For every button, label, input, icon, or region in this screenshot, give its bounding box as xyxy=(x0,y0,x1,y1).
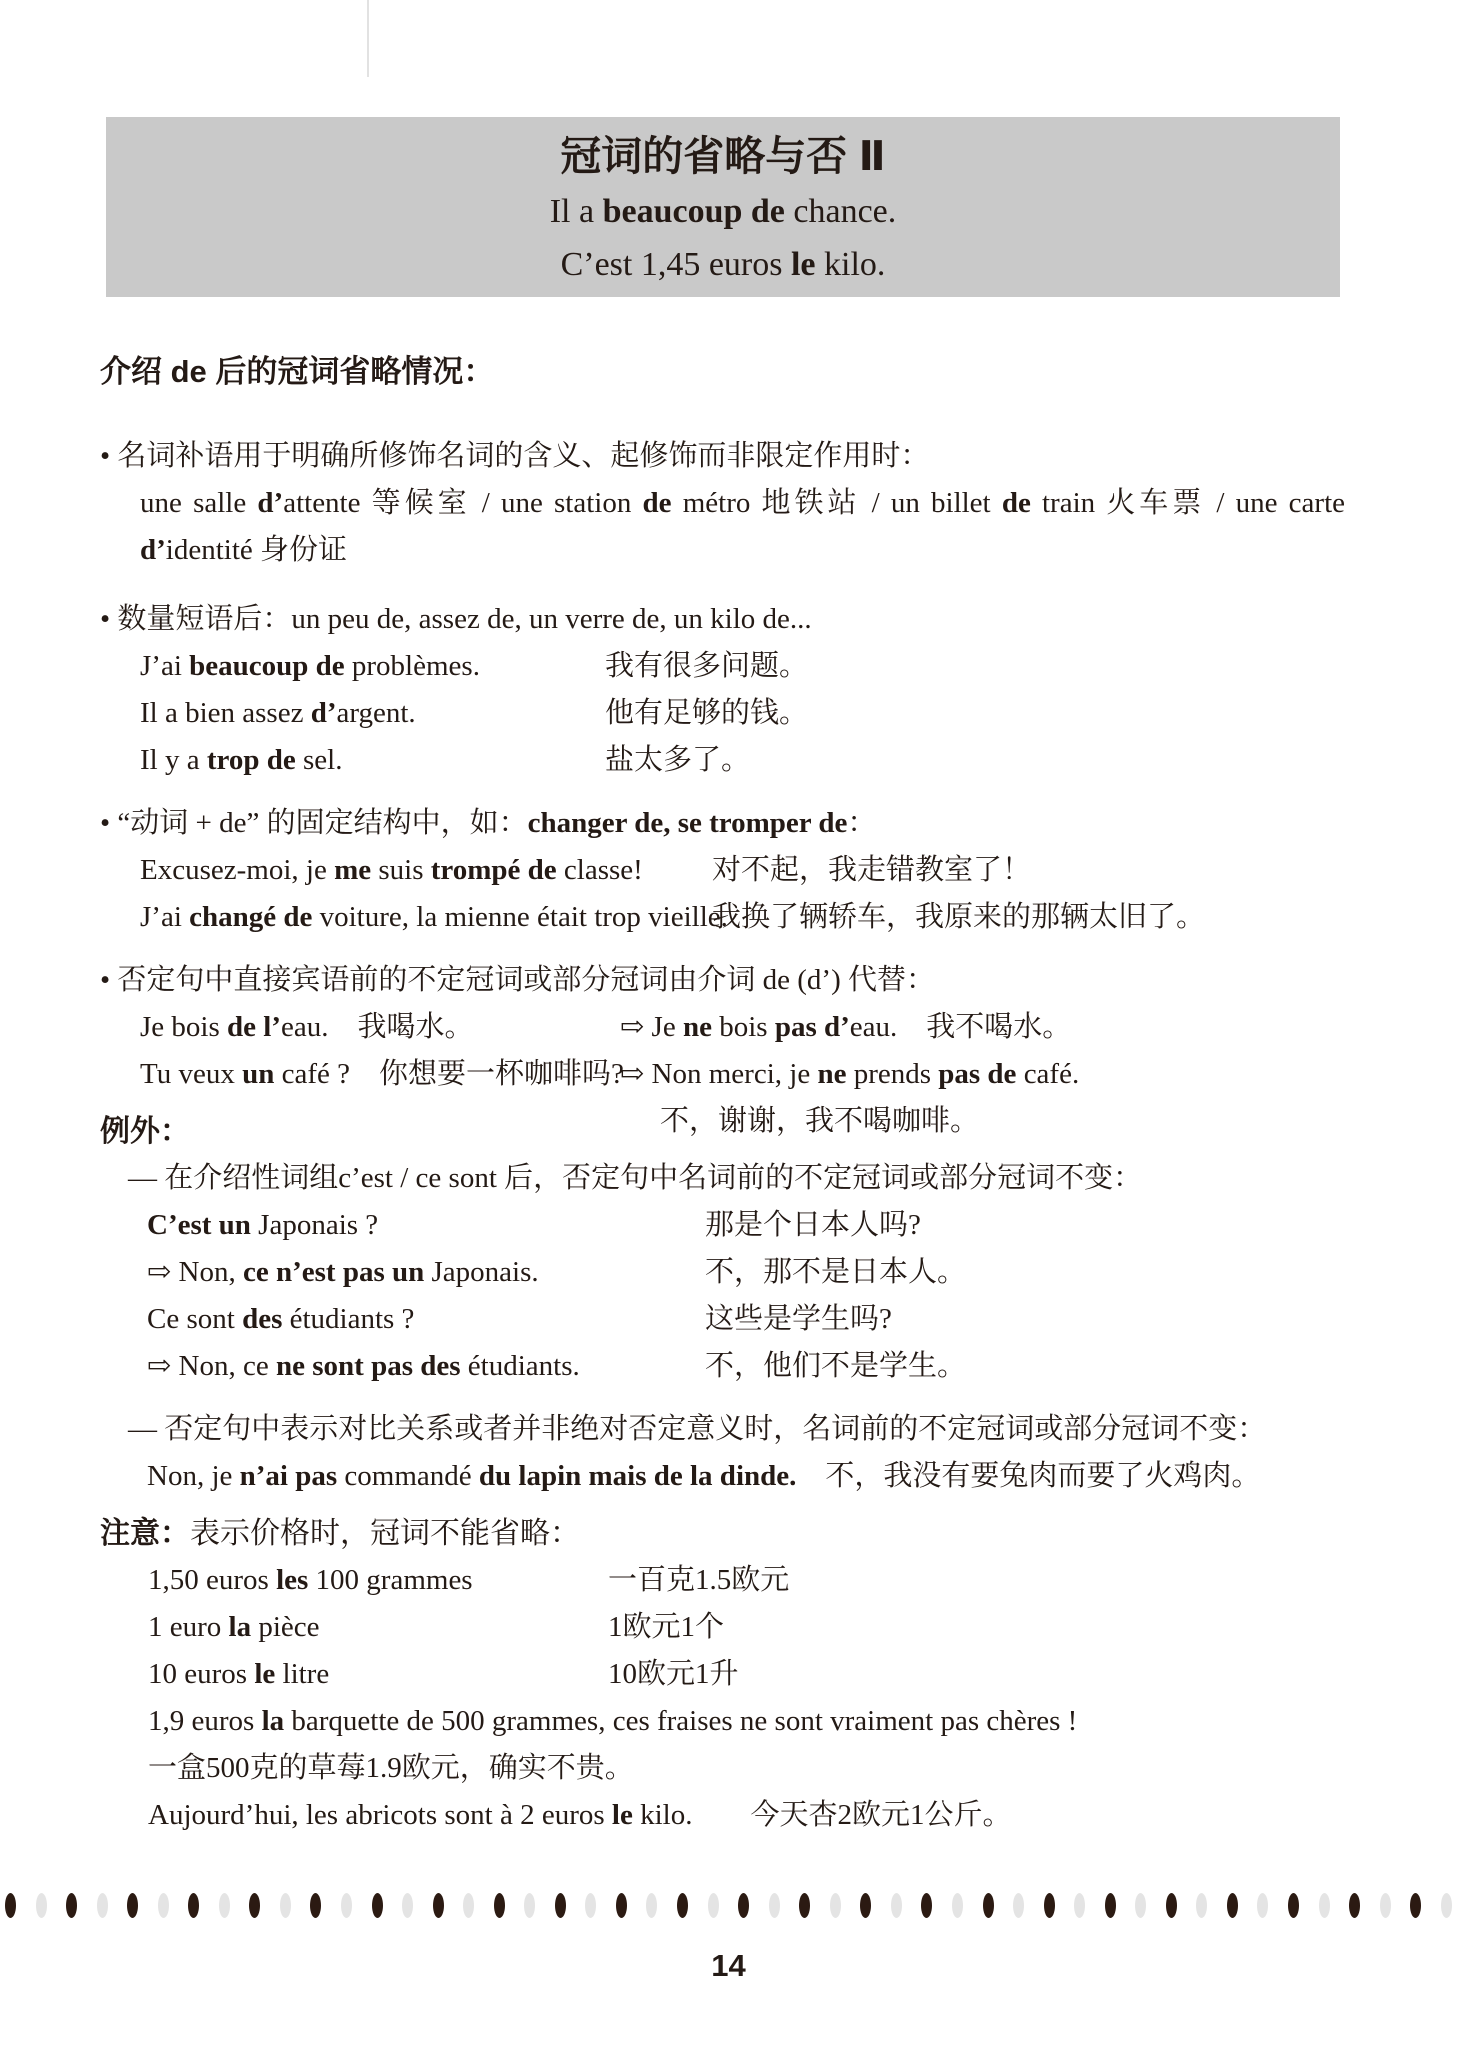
chinese-translation: 10欧元1升 xyxy=(608,1651,739,1698)
negative-answer: ⇨ Non merci, je ne prends pas de café. xyxy=(620,1051,1079,1098)
bullet2-section: • 数量短语后：un peu de, assez de, un verre de… xyxy=(100,596,1347,784)
exceptions-section: 例外： — 在介绍性词组c’est / ce sont 后，否定句中名词前的不定… xyxy=(100,1108,1347,1500)
negative-answer: ⇨ Je ne bois pas d’eau. 我不喝水。 xyxy=(620,1004,1071,1051)
divider-dot-light xyxy=(158,1893,169,1918)
divider-dot-dark xyxy=(188,1893,199,1918)
divider-dot-dark xyxy=(983,1893,994,1918)
french-sentence: Aujourd’hui, les abricots sont à 2 euros… xyxy=(148,1792,1347,1839)
chinese-translation: 那是个日本人吗? xyxy=(705,1202,921,1249)
divider-dot-dark xyxy=(494,1893,505,1918)
intro-heading: 介绍 de 后的冠词省略情况： xyxy=(100,351,1347,393)
chinese-translation: 盐太多了。 xyxy=(605,737,750,784)
chapter-title: 冠词的省略与否 Ⅱ xyxy=(106,117,1340,185)
chinese-translation: 我有很多问题。 xyxy=(605,643,808,690)
bullet1-line1: une salle d’attente 等候室 / une station de… xyxy=(140,480,1345,527)
french-sentence: Je bois de l’eau. 我喝水。 xyxy=(140,1011,473,1043)
bullet2-examples: J’ai beaucoup de problèmes. 我有很多问题。 Il a… xyxy=(140,643,1345,784)
divider-dot-dark xyxy=(677,1893,688,1918)
french-price: 10 euros le litre xyxy=(148,1658,329,1690)
example-row: 10 euros le litre 10欧元1升 xyxy=(148,1651,1347,1698)
divider-dot-dark xyxy=(799,1893,810,1918)
divider-dot-dark xyxy=(1227,1893,1238,1918)
chinese-translation: 1欧元1个 xyxy=(608,1604,724,1651)
divider-dot-dark xyxy=(738,1893,749,1918)
page-number: 14 xyxy=(0,1948,1457,1984)
bullet3-head: • “动词 + de” 的固定结构中，如：changer de, se trom… xyxy=(100,800,1347,847)
chinese-translation: 对不起，我走错教室了！ xyxy=(712,847,1031,894)
divider-dot-dark xyxy=(372,1893,383,1918)
divider-dot-dark xyxy=(1288,1893,1299,1918)
divider-dot-light xyxy=(97,1893,108,1918)
bullet1-section: • 名词补语用于明确所修饰名词的含义、起修饰而非限定作用时： une salle… xyxy=(100,433,1347,574)
bullet4-head: • 否定句中直接宾语前的不定冠词或部分冠词由介词 de (d’) 代替： xyxy=(100,957,1347,1004)
example-row: Je bois de l’eau. 我喝水。 ⇨ Je ne bois pas … xyxy=(140,1004,1345,1051)
divider-dot-light xyxy=(769,1893,780,1918)
divider-dot-light xyxy=(1013,1893,1024,1918)
chinese-translation: 不，他们不是学生。 xyxy=(705,1343,966,1390)
divider-dot-dark xyxy=(433,1893,444,1918)
example-row: Ce sont des étudiants ? 这些是学生吗? xyxy=(147,1296,1347,1343)
bullet3-examples: Excusez-moi, je me suis trompé de classe… xyxy=(140,847,1345,941)
divider-dot-dark xyxy=(249,1893,260,1918)
bullet3-section: • “动词 + de” 的固定结构中，如：changer de, se trom… xyxy=(100,800,1347,941)
french-sentence: Tu veux un café ? 你想要一杯咖啡吗? xyxy=(140,1058,624,1090)
divider-dot-light xyxy=(646,1893,657,1918)
divider-dot-dark xyxy=(921,1893,932,1918)
chapter-subtitle-1: Il a beaucoup de chance. xyxy=(106,185,1340,238)
bullet1-examples: une salle d’attente 等候室 / une station de… xyxy=(140,480,1345,574)
french-price: 1 euro la pièce xyxy=(148,1611,320,1643)
page-content: 介绍 de 后的冠词省略情况： • 名词补语用于明确所修饰名词的含义、起修饰而非… xyxy=(100,297,1347,1839)
exception2-head: — 否定句中表示对比关系或者并非绝对否定意义时，名词前的不定冠词或部分冠词不变： xyxy=(128,1406,1347,1453)
note-section: 注意：表示价格时，冠词不能省略： 1,50 euros les 100 gram… xyxy=(100,1510,1347,1839)
divider-dot-dark xyxy=(1044,1893,1055,1918)
footer-dots-divider xyxy=(0,1893,1457,1918)
divider-dot-light xyxy=(1196,1893,1207,1918)
chinese-translation: 不，那不是日本人。 xyxy=(705,1249,966,1296)
chinese-translation: 一盒500克的草莓1.9欧元，确实不贵。 xyxy=(148,1745,1347,1792)
example-row: 1 euro la pièce 1欧元1个 xyxy=(148,1604,1347,1651)
divider-dot-light xyxy=(1135,1893,1146,1918)
divider-dot-light xyxy=(402,1893,413,1918)
chapter-subtitle-2: C’est 1,45 euros le kilo. xyxy=(106,238,1340,291)
french-sentence: J’ai beaucoup de problèmes. xyxy=(140,650,480,682)
example-row: J’ai beaucoup de problèmes. 我有很多问题。 xyxy=(140,643,1345,690)
divider-dot-dark xyxy=(616,1893,627,1918)
divider-dot-light xyxy=(891,1893,902,1918)
chinese-translation: 一百克1.5欧元 xyxy=(608,1557,789,1604)
divider-dot-dark xyxy=(1166,1893,1177,1918)
divider-dot-dark xyxy=(860,1893,871,1918)
chapter-header-box: 冠词的省略与否 Ⅱ Il a beaucoup de chance. C’est… xyxy=(106,117,1340,297)
french-sentence: ⇨ Non, ce n’est pas un Japonais. xyxy=(147,1256,539,1288)
divider-dot-dark xyxy=(555,1893,566,1918)
divider-dot-light xyxy=(524,1893,535,1918)
divider-dot-dark xyxy=(66,1893,77,1918)
divider-dot-light xyxy=(341,1893,352,1918)
divider-dot-dark xyxy=(1349,1893,1360,1918)
french-price: 1,50 euros les 100 grammes xyxy=(148,1564,473,1596)
french-sentence: C’est un Japonais ? xyxy=(147,1209,378,1241)
french-sentence: 1,9 euros la barquette de 500 grammes, c… xyxy=(148,1698,1347,1745)
divider-dot-light xyxy=(830,1893,841,1918)
french-sentence: Il y a trop de sel. xyxy=(140,744,342,776)
french-sentence: Ce sont des étudiants ? xyxy=(147,1303,414,1335)
divider-dot-light xyxy=(1257,1893,1268,1918)
chinese-translation: 他有足够的钱。 xyxy=(605,690,808,737)
divider-dot-light xyxy=(280,1893,291,1918)
divider-dot-light xyxy=(952,1893,963,1918)
example-row: ⇨ Non, ce ne sont pas des étudiants. 不，他… xyxy=(147,1343,1347,1390)
note-head: 注意：表示价格时，冠词不能省略： xyxy=(100,1510,1347,1557)
chinese-translation: 我换了辆轿车，我原来的那辆太旧了。 xyxy=(712,894,1205,941)
french-sentence: Il a bien assez d’argent. xyxy=(140,697,416,729)
exception1-examples: C’est un Japonais ? 那是个日本人吗? ⇨ Non, ce n… xyxy=(147,1202,1347,1390)
divider-dot-dark xyxy=(1410,1893,1421,1918)
divider-dot-light xyxy=(1074,1893,1085,1918)
bullet1-line2: d’identité 身份证 xyxy=(140,527,1345,574)
example-row: Il a bien assez d’argent. 他有足够的钱。 xyxy=(140,690,1345,737)
exception2-example: Non, je n’ai pas commandé du lapin mais … xyxy=(147,1453,1347,1500)
divider-dot-light xyxy=(1380,1893,1391,1918)
example-row: 1,50 euros les 100 grammes 一百克1.5欧元 xyxy=(148,1557,1347,1604)
divider-dot-light xyxy=(219,1893,230,1918)
chinese-translation: 不，谢谢，我不喝咖啡。 xyxy=(660,1098,979,1145)
divider-dot-light xyxy=(36,1893,47,1918)
example-row: J’ai changé de voiture, la mienne était … xyxy=(140,894,1345,941)
french-sentence: ⇨ Non, ce ne sont pas des étudiants. xyxy=(147,1350,580,1382)
divider-dot-light xyxy=(708,1893,719,1918)
divider-dot-dark xyxy=(127,1893,138,1918)
top-crop-mark xyxy=(367,0,369,77)
divider-dot-light xyxy=(585,1893,596,1918)
bullet1-head: • 名词补语用于明确所修饰名词的含义、起修饰而非限定作用时： xyxy=(100,433,1347,480)
example-row: Tu veux un café ? 你想要一杯咖啡吗? ⇨ Non merci,… xyxy=(140,1051,1345,1098)
example-row: C’est un Japonais ? 那是个日本人吗? xyxy=(147,1202,1347,1249)
note-examples: 1,50 euros les 100 grammes 一百克1.5欧元 1 eu… xyxy=(148,1557,1347,1839)
example-row: ⇨ Non, ce n’est pas un Japonais. 不，那不是日本… xyxy=(147,1249,1347,1296)
exception1-head: — 在介绍性词组c’est / ce sont 后，否定句中名词前的不定冠词或部… xyxy=(128,1155,1347,1202)
divider-dot-dark xyxy=(1105,1893,1116,1918)
divider-dot-light xyxy=(1441,1893,1452,1918)
bullet4-section: • 否定句中直接宾语前的不定冠词或部分冠词由介词 de (d’) 代替： Je … xyxy=(100,957,1347,1098)
divider-dot-light xyxy=(463,1893,474,1918)
french-sentence: Excusez-moi, je me suis trompé de classe… xyxy=(140,854,643,886)
divider-dot-light xyxy=(1319,1893,1330,1918)
example-row: Excusez-moi, je me suis trompé de classe… xyxy=(140,847,1345,894)
bullet4-examples: Je bois de l’eau. 我喝水。 ⇨ Je ne bois pas … xyxy=(140,1004,1345,1098)
example-row: Il y a trop de sel. 盐太多了。 xyxy=(140,737,1345,784)
chinese-translation: 这些是学生吗? xyxy=(705,1296,892,1343)
french-sentence: Non, je n’ai pas commandé du lapin mais … xyxy=(147,1453,1347,1500)
bullet2-head: • 数量短语后：un peu de, assez de, un verre de… xyxy=(100,596,1347,643)
french-sentence: J’ai changé de voiture, la mienne était … xyxy=(140,901,728,933)
divider-dot-dark xyxy=(5,1893,16,1918)
divider-dot-dark xyxy=(310,1893,321,1918)
